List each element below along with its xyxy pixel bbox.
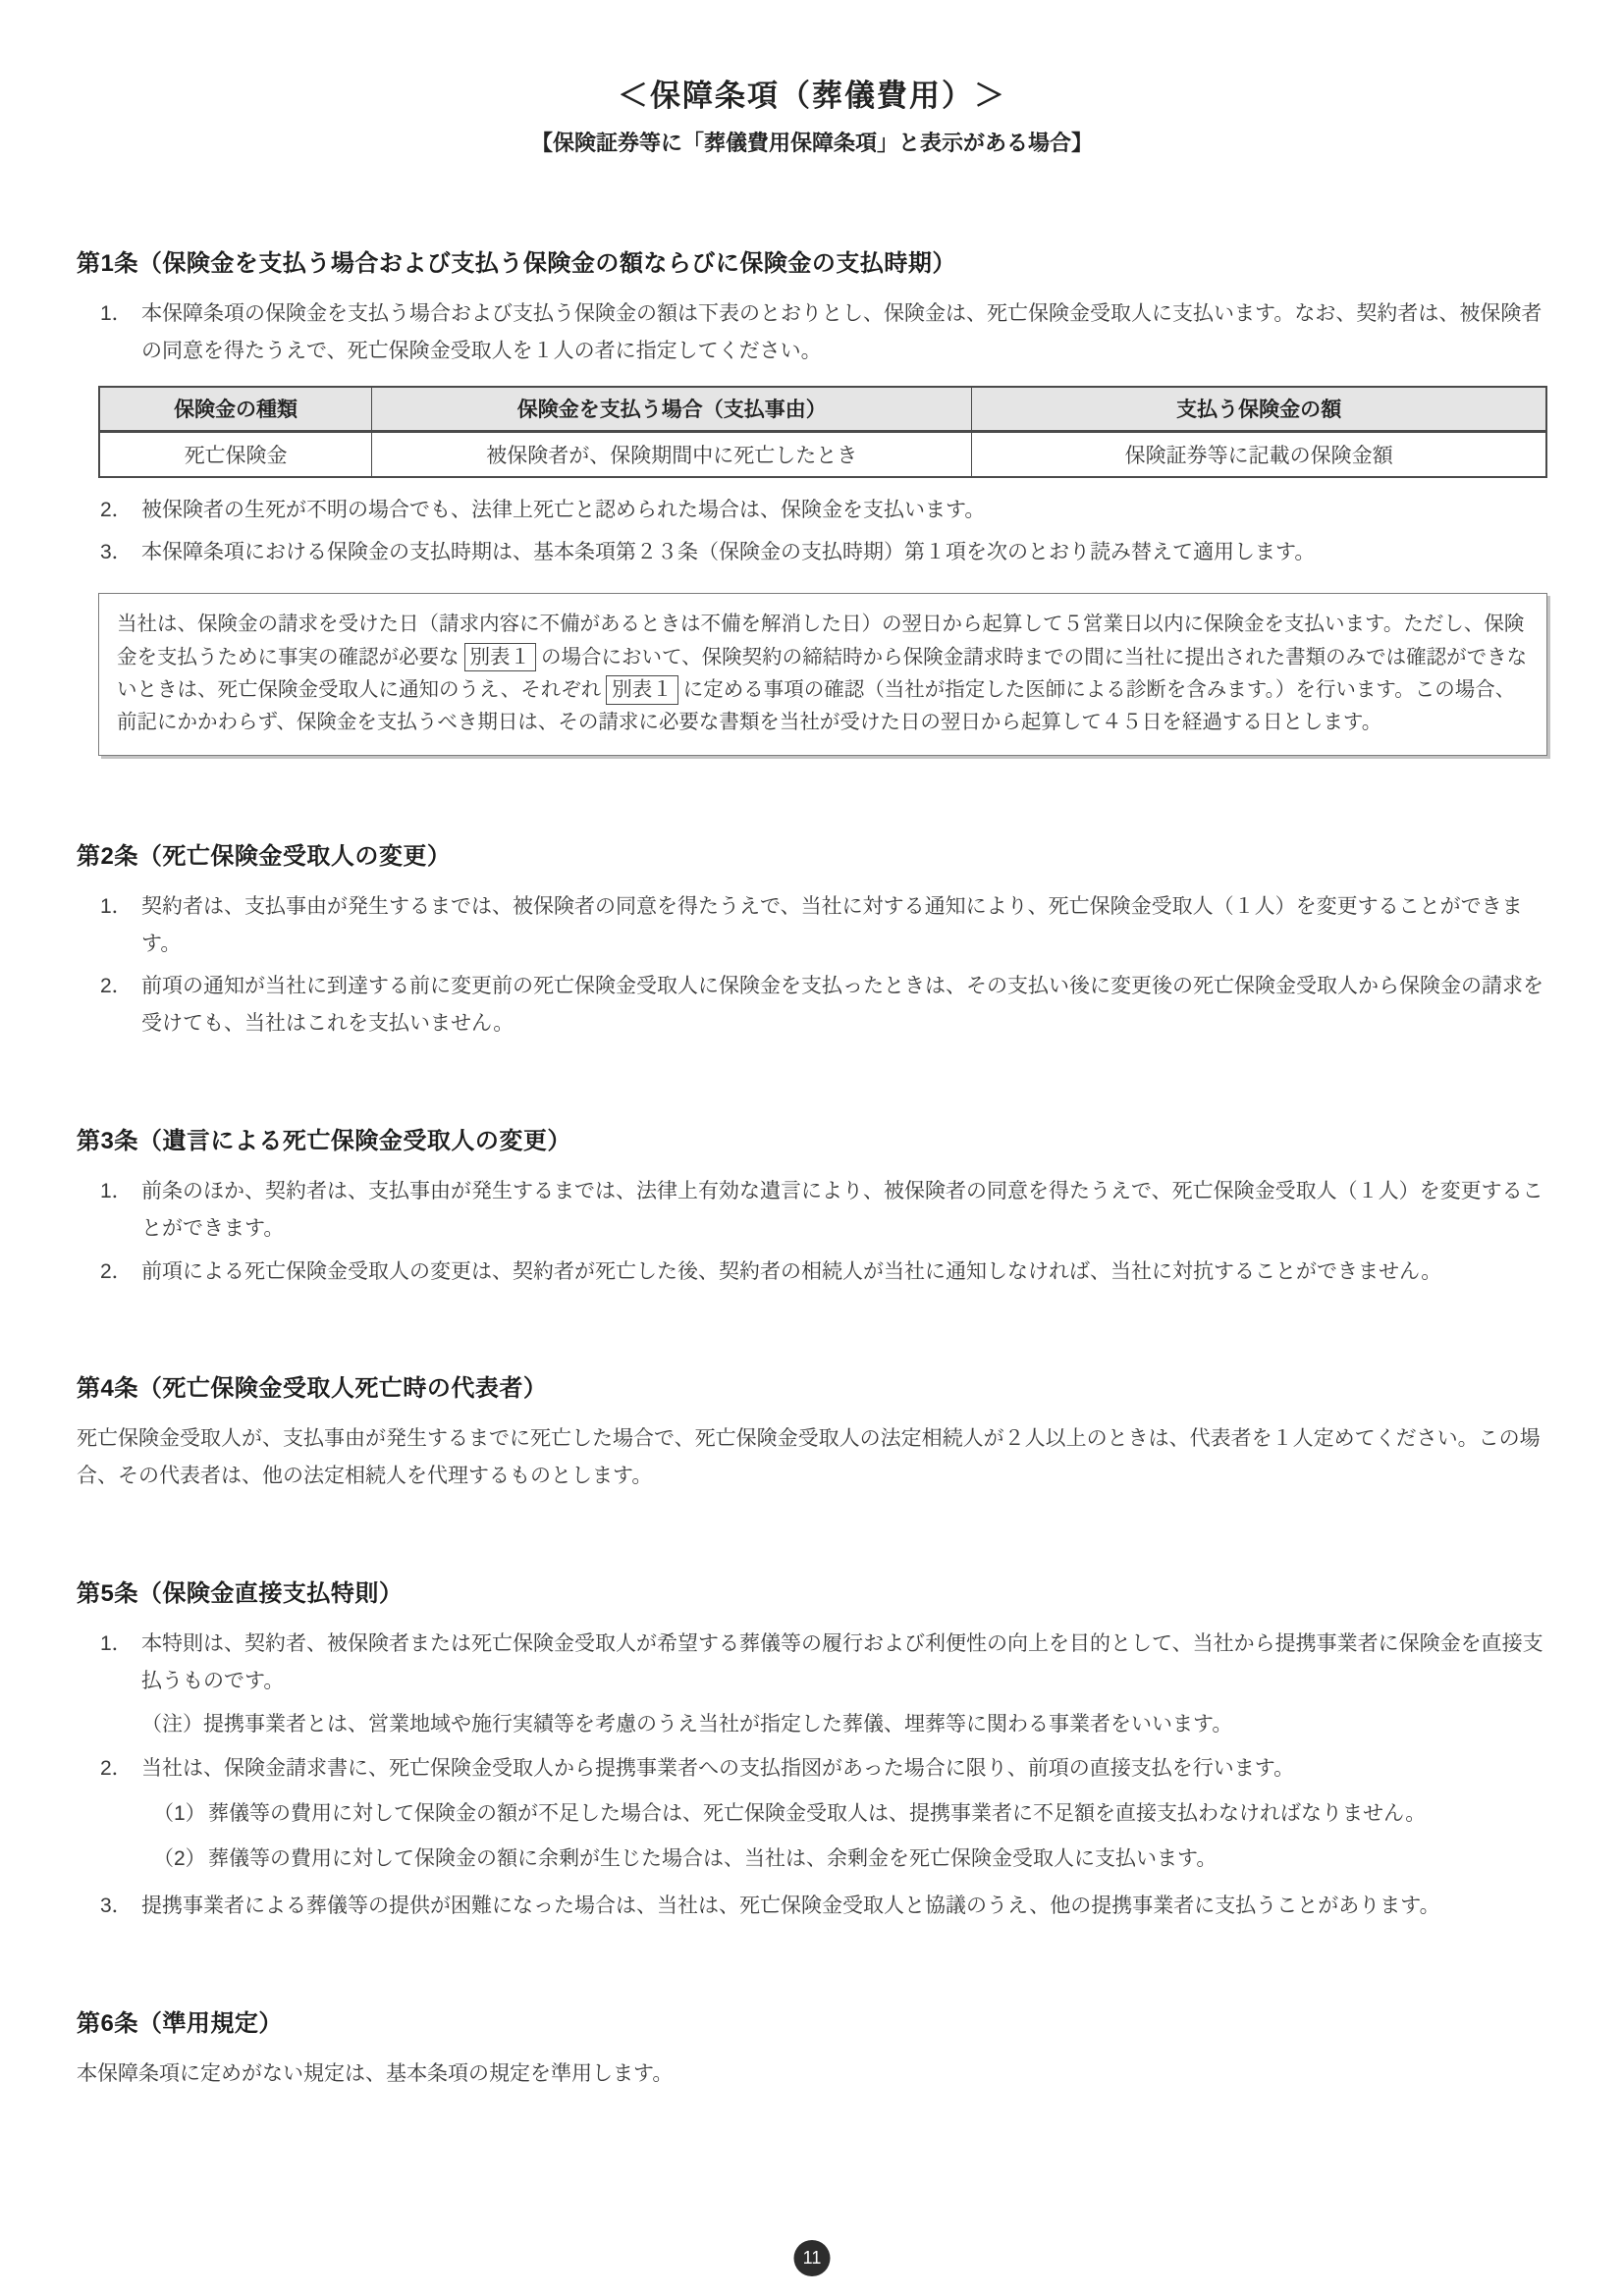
article-1-item-2: 2． 被保険者の生死が不明の場合でも、法律上死亡と認められた場合は、保険金を支払… <box>77 492 1547 529</box>
article-3-item-2: 2． 前項による死亡保険金受取人の変更は、契約者が死亡した後、契約者の相続人が当… <box>77 1254 1547 1291</box>
item-text: 前項の通知が当社に到達する前に変更前の死亡保険金受取人に保険金を支払ったときは、… <box>141 968 1547 1042</box>
table-header-kind: 保険金の種類 <box>99 387 372 432</box>
appendix-1-reference: 別表１ <box>464 643 537 672</box>
article-1-item-3: 3． 本保障条項における保険金の支払時期は、基本条項第２３条（保険金の支払時期）… <box>77 534 1547 571</box>
item-text: 本保障条項の保険金を支払う場合および支払う保険金の額は下表のとおりとし、保険金は… <box>141 295 1547 370</box>
item-text: 当社は、保険金請求書に、死亡保険金受取人から提携事業者への支払指図があった場合に… <box>141 1750 1547 1788</box>
subitem-number: （1） <box>153 1795 208 1833</box>
item-text: 前項による死亡保険金受取人の変更は、契約者が死亡した後、契約者の相続人が当社に通… <box>141 1254 1547 1291</box>
document-title: ＜保障条項（葬儀費用）＞ <box>77 71 1547 115</box>
table-header-amount: 支払う保険金の額 <box>972 387 1546 432</box>
table-cell-case: 被保険者が、保険期間中に死亡したとき <box>372 432 972 477</box>
item-text: 本特則は、契約者、被保険者または死亡保険金受取人が希望する葬儀等の履行および利便… <box>141 1626 1547 1700</box>
item-text: 被保険者の生死が不明の場合でも、法律上死亡と認められた場合は、保険金を支払います… <box>141 492 1547 529</box>
article-5-heading: 第5条（保険金直接支払特則） <box>77 1574 1547 1608</box>
table-row: 死亡保険金 被保険者が、保険期間中に死亡したとき 保険証券等に記載の保険金額 <box>99 432 1546 477</box>
item-number: 2． <box>100 1254 141 1291</box>
item-number: 1． <box>100 1626 141 1700</box>
benefit-table: 保険金の種類 保険金を支払う場合（支払事由） 支払う保険金の額 死亡保険金 被保… <box>98 386 1547 478</box>
item-number: 1． <box>100 1173 141 1248</box>
article-4-body: 死亡保険金受取人が、支払事由が発生するまでに死亡した場合で、死亡保険金受取人の法… <box>77 1420 1547 1495</box>
subitem-text: 葬儀等の費用に対して保険金の額が不足した場合は、死亡保険金受取人は、提携事業者に… <box>208 1795 1547 1833</box>
subitem-number: （2） <box>153 1841 208 1878</box>
item-number: 2． <box>100 1750 141 1788</box>
article-6-heading: 第6条（準用規定） <box>77 2003 1547 2038</box>
appendix-1-reference: 別表１ <box>606 675 678 705</box>
item-text: 前条のほか、契約者は、支払事由が発生するまでは、法律上有効な遺言により、被保険者… <box>141 1173 1547 1248</box>
article-6: 第6条（準用規定） 本保障条項に定めがない規定は、基本条項の規定を準用します。 <box>77 2003 1547 2093</box>
article-4: 第4条（死亡保険金受取人死亡時の代表者） 死亡保険金受取人が、支払事由が発生する… <box>77 1368 1547 1495</box>
article-4-heading: 第4条（死亡保険金受取人死亡時の代表者） <box>77 1368 1547 1403</box>
article-2-heading: 第2条（死亡保険金受取人の変更） <box>77 836 1547 871</box>
item-number: 1． <box>100 888 141 963</box>
article-2-item-2: 2． 前項の通知が当社に到達する前に変更前の死亡保険金受取人に保険金を支払ったと… <box>77 968 1547 1042</box>
item-text: 本保障条項における保険金の支払時期は、基本条項第２３条（保険金の支払時期）第１項… <box>141 534 1547 571</box>
article-5-item-2: 2． 当社は、保険金請求書に、死亡保険金受取人から提携事業者への支払指図があった… <box>77 1750 1547 1788</box>
table-header-case: 保険金を支払う場合（支払事由） <box>372 387 972 432</box>
article-3: 第3条（遺言による死亡保険金受取人の変更） 1． 前条のほか、契約者は、支払事由… <box>77 1121 1547 1290</box>
article-5-item-3: 3． 提携事業者による葬儀等の提供が困難になった場合は、当社は、死亡保険金受取人… <box>77 1888 1547 1925</box>
article-5-note: （注）提携事業者とは、営業地域や施行実績等を考慮のうえ当社が指定した葬儀、埋葬等… <box>141 1706 1547 1743</box>
table-cell-kind: 死亡保険金 <box>99 432 372 477</box>
article-6-body: 本保障条項に定めがない規定は、基本条項の規定を準用します。 <box>77 2056 1547 2093</box>
article-1-heading: 第1条（保険金を支払う場合および支払う保険金の額ならびに保険金の支払時期） <box>77 243 1547 278</box>
document-page: ＜保障条項（葬儀費用）＞ 【保険証券等に「葬儀費用保障条項」と表示がある場合】 … <box>0 0 1624 2296</box>
item-number: 2． <box>100 968 141 1042</box>
item-text: 提携事業者による葬儀等の提供が困難になった場合は、当社は、死亡保険金受取人と協議… <box>141 1888 1547 1925</box>
article-5-subitem-2: （2） 葬儀等の費用に対して保険金の額に余剰が生じた場合は、当社は、余剰金を死亡… <box>153 1841 1547 1878</box>
page-number-badge: 11 <box>794 2240 831 2276</box>
article-1: 第1条（保険金を支払う場合および支払う保険金の額ならびに保険金の支払時期） 1．… <box>77 243 1547 756</box>
document-subtitle: 【保険証券等に「葬儀費用保障条項」と表示がある場合】 <box>77 127 1547 157</box>
replacement-provision-box: 当社は、保険金の請求を受けた日（請求内容に不備があるときは不備を解消した日）の翌… <box>98 593 1547 756</box>
item-number: 3． <box>100 1888 141 1925</box>
item-text: 契約者は、支払事由が発生するまでは、被保険者の同意を得たうえで、当社に対する通知… <box>141 888 1547 963</box>
item-number: 3． <box>100 534 141 571</box>
article-3-item-1: 1． 前条のほか、契約者は、支払事由が発生するまでは、法律上有効な遺言により、被… <box>77 1173 1547 1248</box>
article-2-item-1: 1． 契約者は、支払事由が発生するまでは、被保険者の同意を得たうえで、当社に対す… <box>77 888 1547 963</box>
article-2: 第2条（死亡保険金受取人の変更） 1． 契約者は、支払事由が発生するまでは、被保… <box>77 836 1547 1042</box>
article-1-item-1: 1． 本保障条項の保険金を支払う場合および支払う保険金の額は下表のとおりとし、保… <box>77 295 1547 370</box>
article-5-subitem-1: （1） 葬儀等の費用に対して保険金の額が不足した場合は、死亡保険金受取人は、提携… <box>153 1795 1547 1833</box>
subitem-text: 葬儀等の費用に対して保険金の額に余剰が生じた場合は、当社は、余剰金を死亡保険金受… <box>208 1841 1547 1878</box>
article-3-heading: 第3条（遺言による死亡保険金受取人の変更） <box>77 1121 1547 1155</box>
benefit-table-header-row: 保険金の種類 保険金を支払う場合（支払事由） 支払う保険金の額 <box>99 387 1546 432</box>
item-number: 1． <box>100 295 141 370</box>
item-number: 2． <box>100 492 141 529</box>
article-5-item-1: 1． 本特則は、契約者、被保険者または死亡保険金受取人が希望する葬儀等の履行およ… <box>77 1626 1547 1700</box>
table-cell-amount: 保険証券等に記載の保険金額 <box>972 432 1546 477</box>
article-5: 第5条（保険金直接支払特則） 1． 本特則は、契約者、被保険者または死亡保険金受… <box>77 1574 1547 1925</box>
